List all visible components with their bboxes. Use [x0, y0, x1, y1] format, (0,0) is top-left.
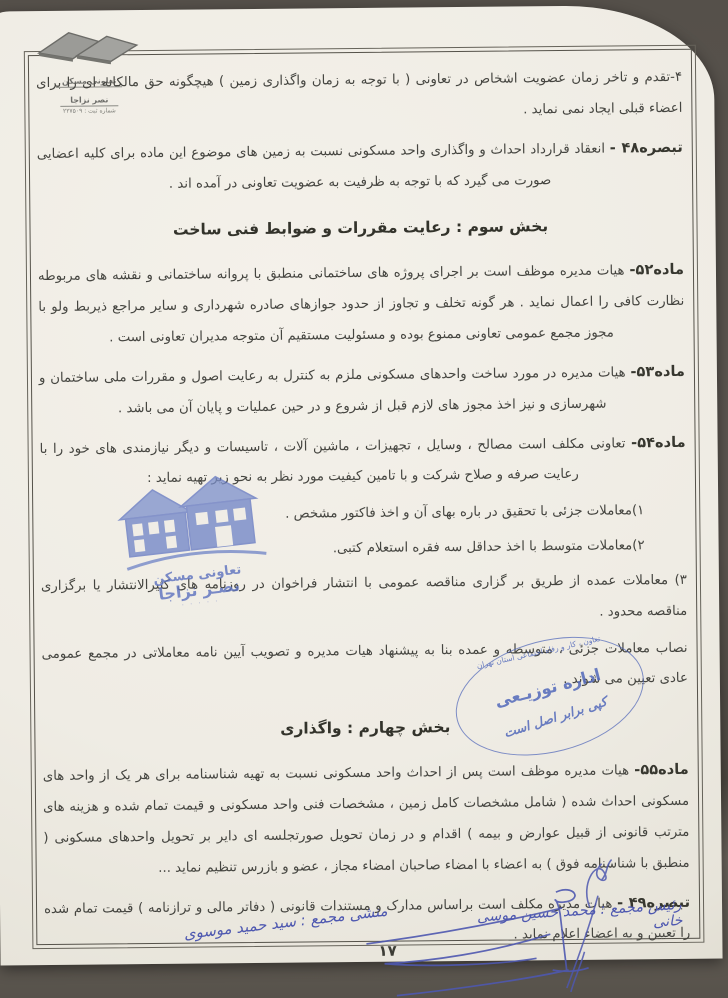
article-52-paragraph: ماده۵۲- هیات مدیره موظف است بر اجرای پرو… — [38, 253, 685, 355]
note-48-paragraph: تبصره۴۸ - انعقاد قرارداد احداث و واگذاری… — [37, 131, 684, 202]
coop-ink-stamp: تعاونی مسکن نصـر نزاجا · · · · · — [102, 466, 286, 617]
clause-4-paragraph: ۴-تقدم و تاخر زمان عضویت اشخاص در تعاونی… — [36, 63, 683, 131]
article-54-text: تعاونی مکلف است مصالح ، وسایل ، تجهیزات … — [40, 436, 626, 486]
article-53-text: هیات مدیره در مورد ساخت واحدهای مسکونی م… — [39, 365, 626, 416]
note-48-label: تبصره۴۸ - — [610, 139, 683, 157]
article-52-text: هیات مدیره موظف است بر اجرای پروژه های س… — [38, 264, 684, 346]
coop-roofs-icon — [37, 28, 141, 65]
article-55-text: هیات مدیره موظف است پس از احداث واحد مسک… — [43, 764, 690, 876]
article-54-label: ماده۵۴- — [631, 433, 686, 451]
paper-page: تعاونی مسکن نصر نزاجا شماره ثبت : ۲۲۷۵۰۹… — [0, 5, 723, 966]
article-55-label: ماده۵۵- — [634, 761, 689, 779]
scanned-document-photo: { "doc": { "page_number": "۱۷", "header_… — [0, 0, 728, 998]
section-3-title: بخش سوم : رعایت مقررات و ضوابط فنی ساخت — [37, 208, 683, 250]
article-53-label: ماده۵۳- — [630, 363, 685, 381]
note-48-text: انعقاد قرارداد احداث و واگذاری واحد مسکو… — [37, 141, 605, 191]
article-53-paragraph: ماده۵۳- هیات مدیره در مورد ساخت واحدهای … — [39, 355, 686, 426]
article-52-label: ماده۵۲- — [629, 261, 684, 279]
article-55-paragraph: ماده۵۵- هیات مدیره موظف است پس از احداث … — [43, 753, 690, 886]
page-number: ۱۷ — [378, 942, 396, 960]
houses-icon — [111, 467, 271, 576]
